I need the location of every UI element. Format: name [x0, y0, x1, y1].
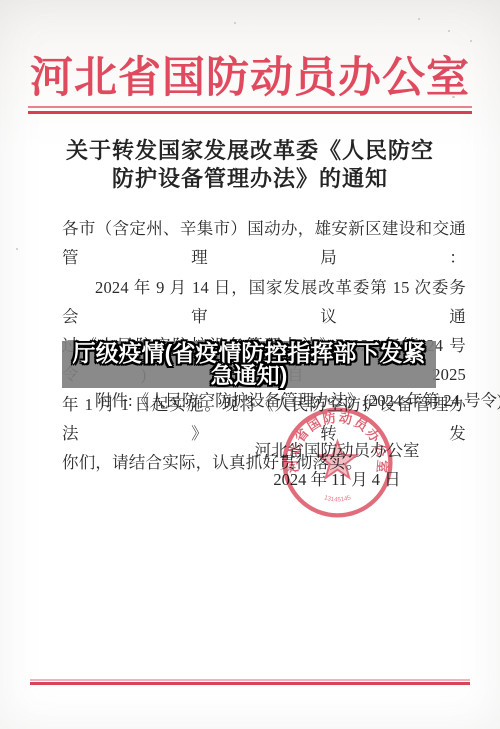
document-page: 河北省国防动员办公室 关于转发国家发展改革委《人民防空 防护设备管理办法》的通知…: [0, 0, 500, 729]
seal-star-icon: [318, 441, 356, 478]
caption-overlay: 厅级疫情(省疫情防控指挥部下发紧 急通知): [62, 341, 436, 388]
salutation-line: 各市（含定州、辛集市）国动办，雄安新区建设和交通管理局：: [62, 214, 466, 273]
letterhead-rule-top: [28, 106, 472, 108]
scan-speck: [448, 30, 450, 32]
scan-speck: [16, 248, 18, 250]
footer-rule-light: [30, 679, 470, 681]
document-title-line2: 防护设备管理办法》的通知: [0, 165, 500, 193]
seal-code-text: 13145145: [323, 494, 352, 503]
scan-speck: [452, 96, 455, 98]
document-title-line1: 关于转发国家发展改革委《人民防空: [0, 137, 500, 165]
document-title: 关于转发国家发展改革委《人民防空 防护设备管理办法》的通知: [0, 137, 500, 193]
caption-line2: 急通知): [211, 365, 288, 387]
letterhead-office-name: 河北省国防动员办公室: [0, 44, 500, 104]
paragraph-line: 2024 年 9 月 14 日，国家发展改革委第 15 次委务会审议通: [62, 273, 466, 332]
official-seal: 河北省国防动员办公室 13145145: [275, 400, 400, 525]
footer-rule: [30, 682, 470, 685]
scan-speck: [418, 18, 420, 20]
attachment-line: 附件:《人民防空防护设备管理办法》(2024 年第 24 号令): [62, 387, 466, 411]
scan-speck: [466, 62, 468, 64]
letterhead-rule-bottom: [28, 111, 472, 114]
scan-speck: [470, 40, 472, 42]
scan-speck: [234, 22, 236, 24]
svg-text:13145145: 13145145: [323, 494, 352, 503]
